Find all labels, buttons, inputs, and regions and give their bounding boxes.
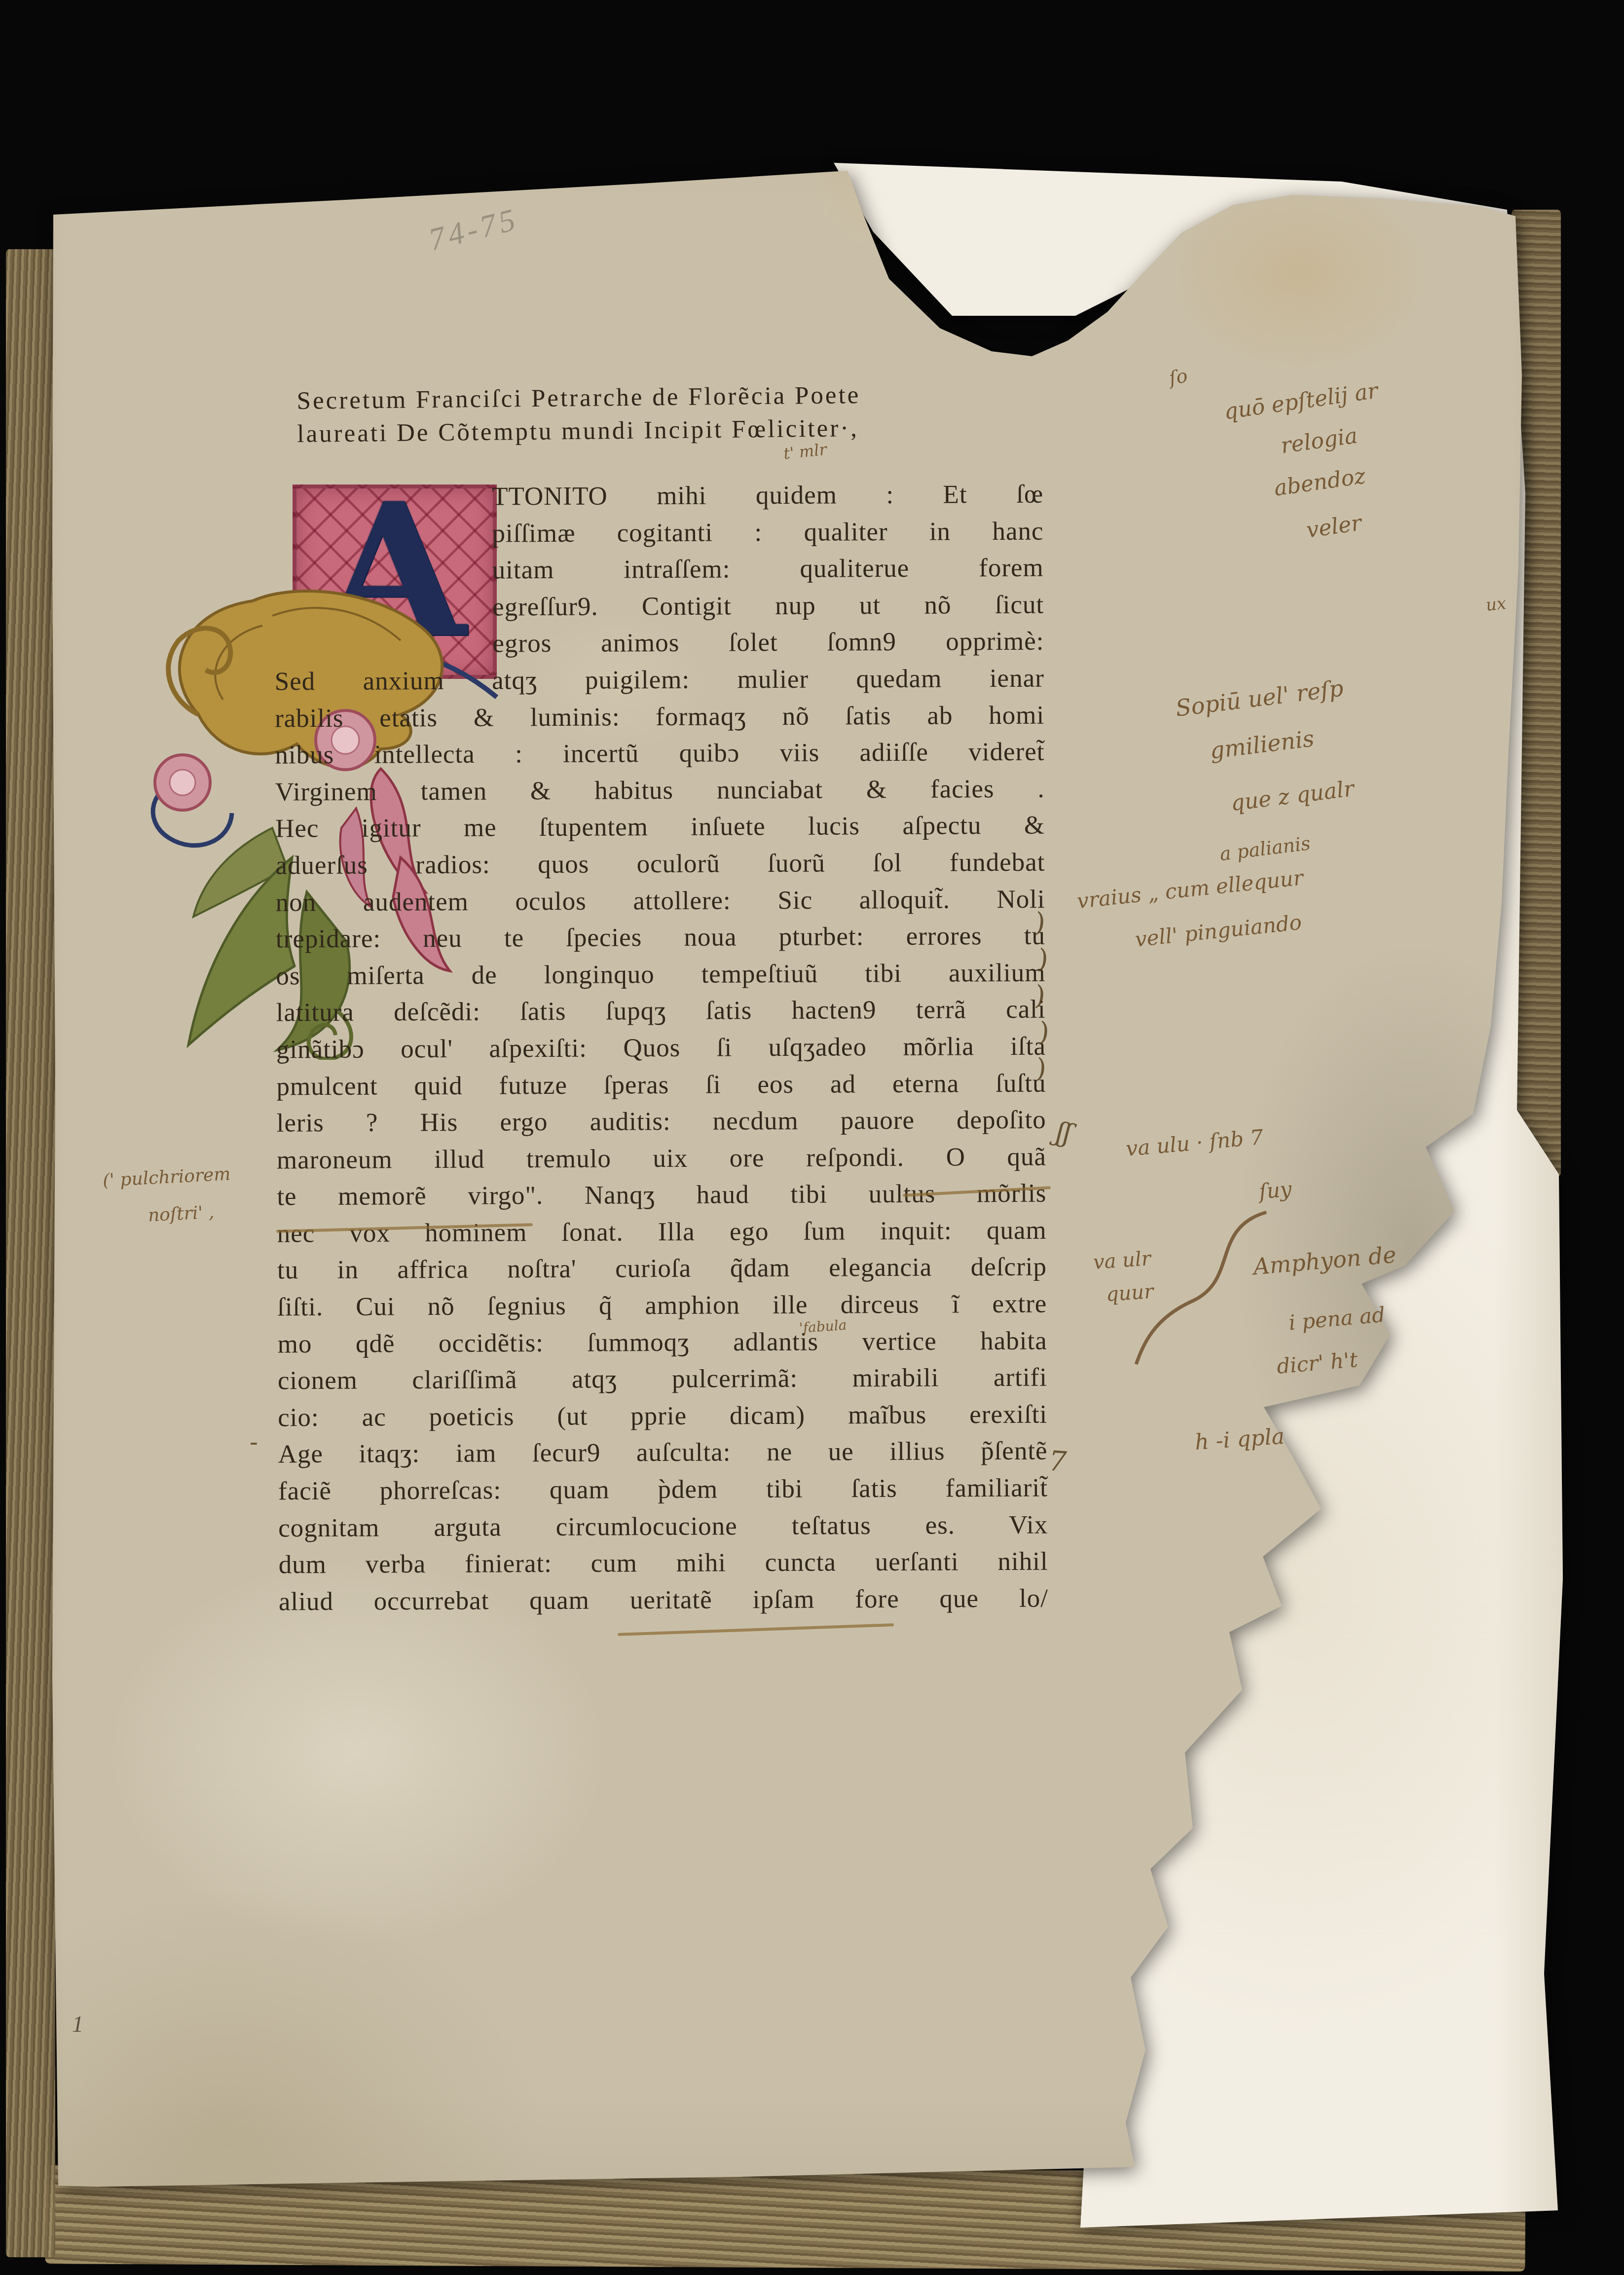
text-line: Hec igitur me ſtupentem inſuete lucis aſ… — [275, 807, 1045, 847]
text-line: cognitam arguta circumlocucione teſtatus… — [278, 1506, 1048, 1546]
margin-annotation: ux — [1485, 594, 1507, 615]
printed-text-block: TTONITO mihi quidem : Et ſœ piſſimæ cogi… — [274, 476, 1048, 1620]
text-line: ginãtibɔ ocul' aſpexiſti: Quos ſi uſqʒad… — [276, 1028, 1046, 1068]
text-line: ſiſti. Cui nõ ſegnius q̃ amphion ille di… — [277, 1286, 1047, 1326]
text-line: Sed anxium atqʒ puigilem: mulier quedam … — [275, 660, 1044, 700]
text-line: tu in affrica noſtra' curioſa q̃dam eleg… — [277, 1249, 1047, 1289]
text-line: maroneum illud tremulo uix ore reſpondi.… — [277, 1138, 1046, 1178]
text-line: nec vox hominem ſonat. Illa ego ſum inqu… — [277, 1212, 1046, 1252]
text-line: leris ? His ergo auditis: necdum pauore … — [276, 1102, 1046, 1142]
manuscript-photo: 74-75 Secretum Franciſci Petrarche de Fl… — [0, 0, 1624, 2275]
text-line: Age itaqʒ: iam ſecur9 auſculta: ne ue il… — [278, 1433, 1047, 1473]
text-line: latitura deſcẽdi: ſatis ſupqʒ ſatis hact… — [276, 991, 1046, 1031]
text-line: mo qdẽ occidẽtis: ſummoqʒ adlantis verti… — [277, 1322, 1047, 1362]
text-line: faciẽ phorreſcas: quam p̀dem tibi ſatis … — [278, 1470, 1048, 1510]
text-line: uitam intraſſem: qualiterue forem — [274, 550, 1044, 590]
text-line: non audentem oculos attollere: Sic alloq… — [276, 881, 1045, 921]
text-line: trepidare: neu te ſpecies noua pturbet: … — [276, 918, 1045, 958]
text-line: piſſimæ cogitanti : qualiter in hanc — [274, 513, 1043, 553]
text-line: egreſſur9. Contigit nup ut nõ ſicut — [274, 586, 1044, 626]
margin-annotation: ſo — [1167, 365, 1189, 389]
left-margin-annotation: noſtri' , — [148, 1202, 215, 1226]
margin-brace-flourish — [1132, 1206, 1280, 1369]
text-line: aliud occurrebat quam ueritatẽ ipſam for… — [279, 1580, 1048, 1620]
text-line: nibus intellecta : incertũ quibɔ viis ad… — [275, 734, 1044, 774]
text-line: Virginem tamen & habitus nunciabat & fac… — [275, 770, 1045, 810]
text-line: cio: ac poeticis (ut pprie dicam) maĩbus… — [278, 1396, 1047, 1436]
text-line: os miſerta de longinquo tempeſtiuũ tibi … — [276, 954, 1045, 994]
text-line: pmulcent quid futuze ſperas ſi eos ad et… — [276, 1065, 1046, 1105]
text-line: aduerſus radios: quos oculorũ ſuorũ ſol … — [275, 844, 1045, 884]
folio-number: 1 — [72, 2011, 83, 2037]
text-line: rabilis etatis & luminis: formaqʒ nõ ſat… — [275, 697, 1044, 737]
text-line: egros animos ſolet ſomn9 opprimè: — [274, 623, 1044, 663]
text-line: dum verba finierat: cum mihi cuncta uerſ… — [278, 1543, 1048, 1583]
margin-annotation: ſuy — [1258, 1177, 1292, 1204]
margin-dash-mark: - — [250, 1428, 258, 1456]
text-line: TTONITO mihi quidem : Et ſœ — [274, 476, 1043, 516]
text-line: cionem clariſſimã atqʒ pulcerrimã: mirab… — [278, 1359, 1047, 1399]
incipit-heading: Secretum Franciſci Petrarche de Florẽcia… — [296, 377, 1047, 451]
interlinear-annotation-fabula: 'fabula — [799, 1317, 847, 1337]
margin-hook-mark: 7 — [1048, 1445, 1068, 1478]
